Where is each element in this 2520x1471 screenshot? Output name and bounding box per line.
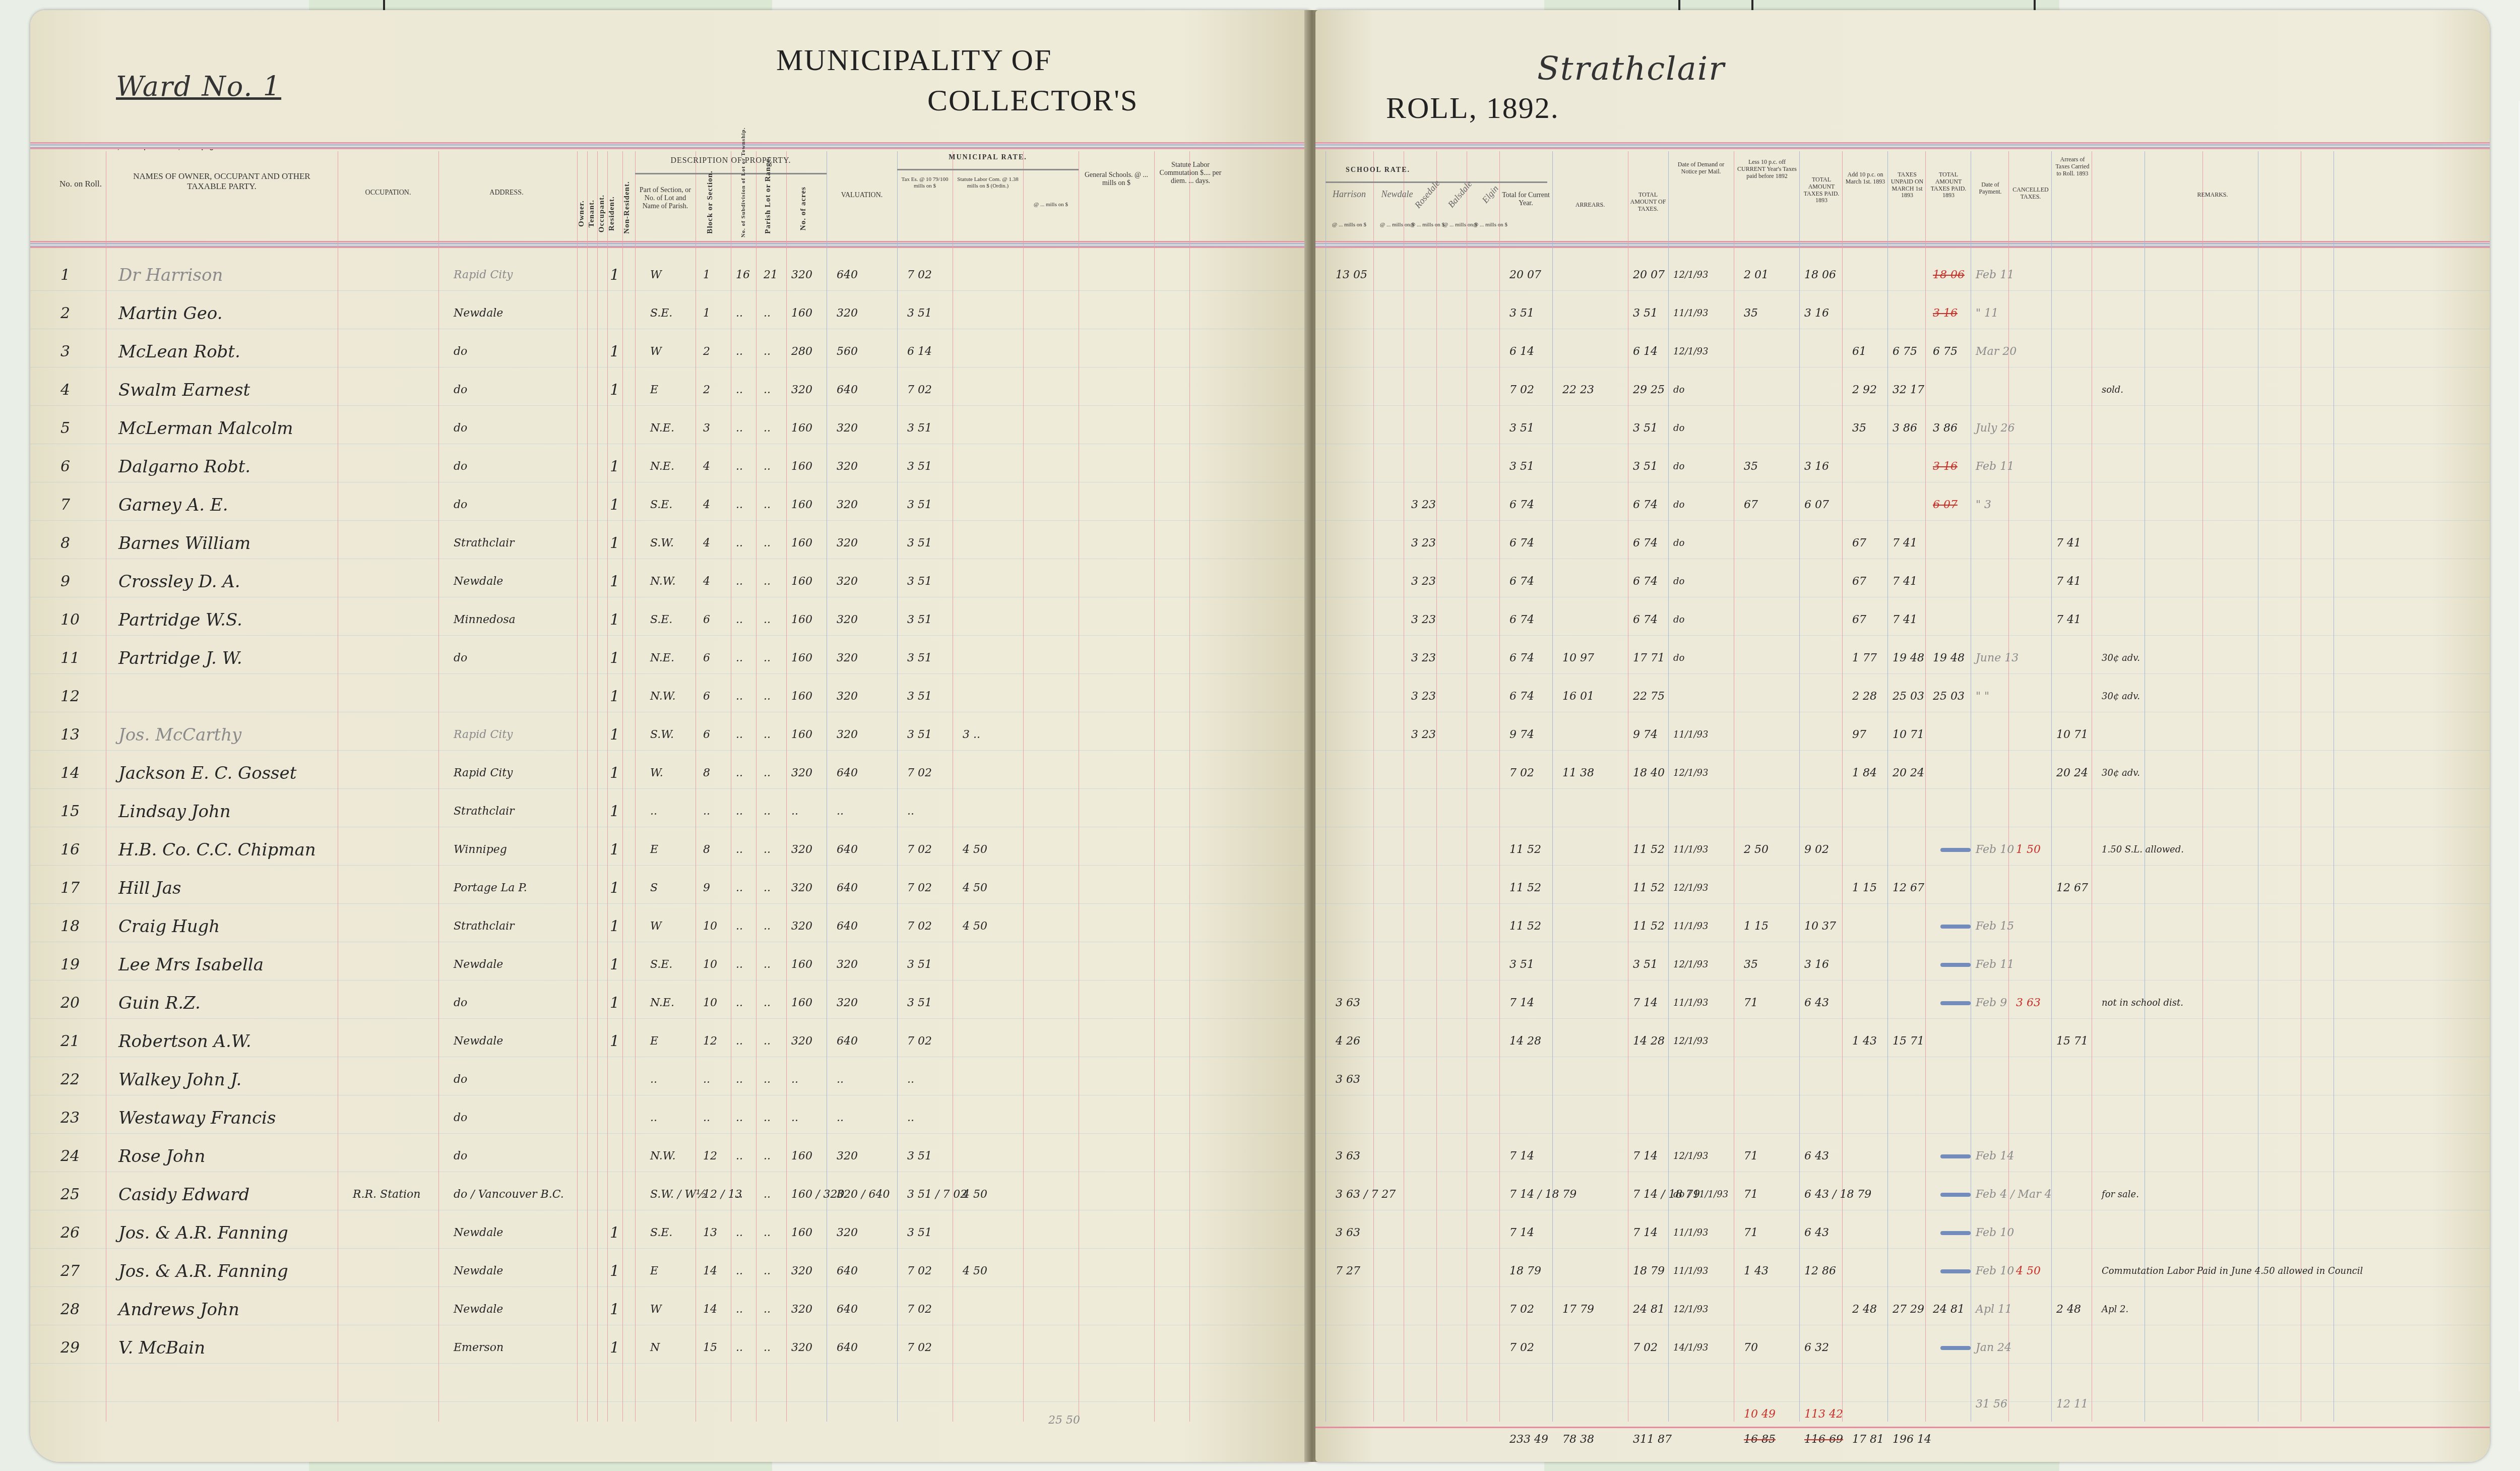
table-row[interactable]: 22Walkey John J.do.............. bbox=[30, 1061, 1310, 1099]
add-10pc: 2 92 bbox=[1852, 371, 1877, 409]
resident-tick: 1 bbox=[610, 716, 619, 754]
title-roll-year: ROLL, 1892. bbox=[1386, 91, 1559, 126]
municipal-tax: 3 51 bbox=[907, 409, 932, 448]
address: Newdale bbox=[454, 1252, 503, 1291]
school-rate: 3 63 bbox=[1336, 1061, 1360, 1099]
header-tenant: Tenant. bbox=[588, 194, 596, 234]
table-row[interactable]: 19Lee Mrs IsabellaNewdale1S.E.10....1603… bbox=[30, 946, 1310, 984]
table-row[interactable]: 3 236 746 74do677 417 41 bbox=[1315, 601, 2490, 639]
acres: 320 bbox=[791, 256, 812, 294]
address: do bbox=[454, 448, 467, 486]
add-10pc: 61 bbox=[1852, 333, 1866, 371]
school-rate: 3 23 bbox=[1411, 601, 1436, 639]
subdivision: .. bbox=[736, 1022, 743, 1061]
school-rate: 7 27 bbox=[1336, 1252, 1360, 1291]
parish-lot: .. bbox=[764, 1291, 771, 1329]
header-total-paid: TOTAL AMOUNT TAXES PAID. 1893 bbox=[1802, 176, 1841, 204]
address: Minnedosa bbox=[454, 601, 516, 639]
roll-number: 13 bbox=[60, 716, 80, 754]
resident-tick: 1 bbox=[610, 792, 619, 831]
ledger-book: Ward No. 1 MUNICIPALITY OF COLLECTOR'S R… bbox=[20, 10, 2480, 1462]
table-row[interactable]: 3 513 5111/1/93353 163 16" 11 bbox=[1315, 294, 2490, 333]
block-section: 6 bbox=[703, 678, 710, 716]
address: Rapid City bbox=[454, 754, 513, 792]
part-of-section: N.E. bbox=[650, 984, 674, 1022]
total-current-year: 7 14 bbox=[1509, 1214, 1534, 1252]
taxpayer-name: Jos. & A.R. Fanning bbox=[118, 1252, 288, 1291]
roll-number: 5 bbox=[60, 409, 70, 448]
total-amount-sum: 311 87 bbox=[1633, 1421, 1672, 1459]
address: do bbox=[454, 486, 467, 524]
table-row[interactable]: 11 5211 5211/1/932 509 02Feb 101 501.50 … bbox=[1315, 831, 2490, 869]
discount-10pc: 71 bbox=[1744, 1176, 1758, 1214]
add-10pc: 2 48 bbox=[1852, 1291, 1877, 1329]
table-row[interactable]: 7 0217 7924 8112/1/932 4827 2924 81Apl 1… bbox=[1315, 1291, 2490, 1329]
taxpayer-name: McLerman Malcolm bbox=[118, 409, 293, 448]
total-amount: 18 40 bbox=[1633, 754, 1665, 792]
parish-lot: .. bbox=[764, 639, 771, 678]
total-current-year: 6 74 bbox=[1509, 601, 1534, 639]
table-row[interactable]: 17Hill JasPortage La P.1S9....3206407 02… bbox=[30, 869, 1310, 907]
total-paid: 3 16 bbox=[1804, 294, 1829, 333]
acres: 160 bbox=[791, 639, 812, 678]
table-row[interactable]: 28Andrews JohnNewdale1W14....3206407 02 bbox=[30, 1291, 1310, 1329]
date-of-payment: " 3 bbox=[1976, 486, 1991, 524]
date-of-demand: 12/1/93 bbox=[1673, 1022, 1708, 1061]
resident-tick: 1 bbox=[610, 1291, 619, 1329]
table-row[interactable]: 3 239 749 7411/1/939710 7110 71 bbox=[1315, 716, 2490, 754]
arrears-carried: 7 41 bbox=[2056, 563, 2081, 601]
blue-dash-mark bbox=[1940, 963, 1971, 967]
table-row[interactable]: 3 63 bbox=[1315, 1061, 2490, 1099]
header-school-rate-sub: @ ... mills on $ bbox=[1327, 222, 1372, 228]
table-row[interactable]: 3 236 746 74do676 076 07" 3 bbox=[1315, 486, 2490, 524]
table-row[interactable]: 26Jos. & A.R. FanningNewdale1S.E.13....1… bbox=[30, 1214, 1310, 1252]
address: do bbox=[454, 1061, 467, 1099]
roll-number: 21 bbox=[60, 1022, 80, 1061]
taxes-unpaid: 3 86 bbox=[1893, 409, 1917, 448]
header-total-amount: TOTAL AMOUNT OF TAXES. bbox=[1629, 192, 1667, 212]
table-row[interactable]: 11 5211 5212/1/931 1512 6712 67 bbox=[1315, 869, 2490, 907]
date-of-payment: Feb 14 bbox=[1976, 1137, 2014, 1176]
part-of-section: N.E. bbox=[650, 639, 674, 678]
block-section: 4 bbox=[703, 486, 710, 524]
total-amount: 14 28 bbox=[1633, 1022, 1665, 1061]
header-statute-labor: Statute Labor Commutation $.... per diem… bbox=[1155, 161, 1226, 186]
date-of-payment: " " bbox=[1976, 678, 1989, 716]
taxpayer-name: Swalm Earnest bbox=[118, 371, 250, 409]
valuation: 320 bbox=[837, 563, 858, 601]
block-section: 4 bbox=[703, 448, 710, 486]
total-current-year-sum: 233 49 bbox=[1509, 1421, 1548, 1459]
block-section: 6 bbox=[703, 601, 710, 639]
municipal-tax: 3 51 bbox=[907, 563, 932, 601]
table-row[interactable]: 3 513 51do353 163 16Feb 11 bbox=[1315, 448, 2490, 486]
block-section: .. bbox=[703, 792, 710, 831]
roll-number: 6 bbox=[60, 448, 70, 486]
taxpayer-name: V. McBain bbox=[118, 1329, 205, 1367]
table-row[interactable]: 3 236 746 74do677 417 41 bbox=[1315, 524, 2490, 563]
header-subdivision: No. of Subdivision of Lot or Township. bbox=[740, 182, 747, 237]
block-section: 13 bbox=[703, 1214, 717, 1252]
remarks: 30¢ adv. bbox=[2102, 754, 2140, 792]
date-of-demand: 11/1/93 bbox=[1673, 831, 1708, 869]
table-row[interactable]: 9Crossley D. A.Newdale1N.W.4....1603203 … bbox=[30, 563, 1310, 601]
address: do bbox=[454, 409, 467, 448]
table-row[interactable]: 3 236 746 74do677 417 41 bbox=[1315, 563, 2490, 601]
valuation: 640 bbox=[837, 256, 858, 294]
date-of-payment: June 13 bbox=[1976, 639, 2019, 678]
block-section: .. bbox=[703, 1061, 710, 1099]
date-of-demand: do bbox=[1673, 601, 1684, 639]
header-municipal-group: MUNICIPAL RATE. bbox=[897, 154, 1079, 162]
header-names: NAMES OF OWNER, OCCUPANT AND OTHER TAXAB… bbox=[116, 171, 328, 191]
part-of-section: W bbox=[650, 1291, 662, 1329]
acres: 320 bbox=[791, 869, 812, 907]
roll-number: 27 bbox=[60, 1252, 80, 1291]
date-of-demand: 11/1/93 bbox=[1673, 294, 1708, 333]
roll-number: 22 bbox=[60, 1061, 80, 1099]
acres: 160 bbox=[791, 448, 812, 486]
blue-dash-mark bbox=[1940, 1346, 1971, 1350]
table-row[interactable]: 7 0222 2329 25do2 9232 17sold. bbox=[1315, 371, 2490, 409]
acres: 160 bbox=[791, 601, 812, 639]
table-row[interactable]: 20Guin R.Z.do1N.E.10....1603203 51 bbox=[30, 984, 1310, 1022]
address: Portage La P. bbox=[454, 869, 527, 907]
table-row[interactable]: 7Garney A. E.do1S.E.4....1603203 51 bbox=[30, 486, 1310, 524]
remarks: not in school dist. bbox=[2102, 984, 2183, 1022]
roll-number: 20 bbox=[60, 984, 80, 1022]
subdivision: .. bbox=[736, 907, 743, 946]
parish-lot: .. bbox=[764, 1061, 771, 1099]
acres: 320 bbox=[791, 371, 812, 409]
roll-number: 29 bbox=[60, 1329, 80, 1367]
table-row[interactable]: 4 2614 2814 2812/1/931 4315 7115 71 bbox=[1315, 1022, 2490, 1061]
acres: .. bbox=[791, 1061, 798, 1099]
taxes-unpaid: 19 48 bbox=[1893, 639, 1924, 678]
row-rule bbox=[30, 1401, 1310, 1402]
table-row[interactable] bbox=[1315, 792, 2490, 831]
date-of-payment: Mar 20 bbox=[1976, 333, 2017, 371]
date-of-demand: 12/1/93 bbox=[1673, 256, 1708, 294]
arrears-carried: 20 24 bbox=[2056, 754, 2088, 792]
total-amount: 7 14 bbox=[1633, 1214, 1658, 1252]
taxpayer-name: Lindsay John bbox=[118, 792, 231, 831]
table-row[interactable]: 13Jos. McCarthyRapid City1S.W.6....16032… bbox=[30, 716, 1310, 754]
subdivision: .. bbox=[736, 1061, 743, 1099]
valuation: 320 bbox=[837, 409, 858, 448]
school-rate: 3 23 bbox=[1411, 639, 1436, 678]
table-row[interactable]: 24Rose JohndoN.W.12....1603203 51 bbox=[30, 1137, 1310, 1176]
resident-tick: 1 bbox=[610, 907, 619, 946]
municipality-name: Strathclair bbox=[1537, 50, 1725, 88]
table-row[interactable]: 23Westaway Francisdo.............. bbox=[30, 1099, 1310, 1137]
date-of-demand: do bbox=[1673, 639, 1684, 678]
discount-10pc: 35 bbox=[1744, 448, 1758, 486]
address: Winnipeg bbox=[454, 831, 507, 869]
header-less-10pc: Less 10 p.c. off CURRENT Year's Taxes pa… bbox=[1736, 159, 1798, 179]
subdivision: .. bbox=[736, 563, 743, 601]
taxes-unpaid: 32 17 bbox=[1893, 371, 1924, 409]
date-of-payment: Jan 24 bbox=[1976, 1329, 2011, 1367]
parish-lot: 21 bbox=[764, 256, 778, 294]
parish-lot: .. bbox=[764, 1099, 771, 1137]
part-of-section: S.E. bbox=[650, 1214, 672, 1252]
parish-lot: .. bbox=[764, 1022, 771, 1061]
total-paid: 6 07 bbox=[1804, 486, 1829, 524]
total-paid: 3 16 bbox=[1804, 946, 1829, 984]
header-owner: Owner. bbox=[578, 194, 586, 234]
resident-tick: 1 bbox=[610, 639, 619, 678]
discount-10pc: 71 bbox=[1744, 1214, 1758, 1252]
header-top-rule bbox=[1315, 142, 2490, 149]
table-row[interactable]: 1Dr HarrisonRapid City1W116213206407 02 bbox=[30, 256, 1310, 294]
valuation: 640 bbox=[837, 754, 858, 792]
taxes-unpaid: 25 03 bbox=[1893, 678, 1924, 716]
table-row[interactable]: 10Partridge W.S.Minnedosa1S.E.6....16032… bbox=[30, 601, 1310, 639]
taxpayer-name: Crossley D. A. bbox=[118, 563, 240, 601]
table-row[interactable]: 3McLean Robt.do1W2....2805606 14 bbox=[30, 333, 1310, 371]
subdivision: .. bbox=[736, 601, 743, 639]
cancelled-taxes: 3 63 bbox=[2016, 984, 2041, 1022]
valuation: 320 bbox=[837, 524, 858, 563]
title-municipality-of: MUNICIPALITY OF bbox=[776, 43, 1052, 78]
taxes-unpaid: 7 41 bbox=[1893, 601, 1917, 639]
table-row[interactable]: 16H.B. Co. C.C. ChipmanWinnipeg1E8....32… bbox=[30, 831, 1310, 869]
date-of-demand: 11/1/93 bbox=[1673, 984, 1708, 1022]
acres: 280 bbox=[791, 333, 812, 371]
total-amount: 17 71 bbox=[1633, 639, 1665, 678]
valuation: 640 bbox=[837, 1022, 858, 1061]
add-10pc: 2 28 bbox=[1852, 678, 1877, 716]
date-of-demand: do bbox=[1673, 371, 1684, 409]
header-total-current: Total for Current Year. bbox=[1502, 192, 1550, 208]
part-of-section: S.E. bbox=[650, 486, 672, 524]
municipal-tax: 3 51 bbox=[907, 448, 932, 486]
date-of-demand: 12/1/93 bbox=[1673, 333, 1708, 371]
header-occupation: OCCUPATION. bbox=[343, 189, 433, 197]
discount-10pc: 2 50 bbox=[1744, 831, 1769, 869]
table-row[interactable]: 3 637 147 1411/1/93716 43Feb 93 63not in… bbox=[1315, 984, 2490, 1022]
header-resident: Resident. bbox=[608, 194, 616, 234]
table-row[interactable]: 27Jos. & A.R. FanningNewdale1E14....3206… bbox=[30, 1252, 1310, 1291]
add-10pc: 35 bbox=[1852, 409, 1866, 448]
address: Newdale bbox=[454, 1022, 503, 1061]
part-of-section: W bbox=[650, 333, 662, 371]
valuation: 320 bbox=[837, 984, 858, 1022]
taxpayer-name: McLean Robt. bbox=[118, 333, 240, 371]
table-row[interactable]: 7 2718 7918 7911/1/931 4312 86Feb 104 50… bbox=[1315, 1252, 2490, 1291]
table-row[interactable]: 3 63 / 7 277 14 / 18 797 14 / 18 79do / … bbox=[1315, 1176, 2490, 1214]
roll-number: 1 bbox=[60, 256, 70, 294]
header-municipal-sub2: Statute Labor Com. @ 1.38 mills on $ (Or… bbox=[954, 176, 1022, 189]
table-row[interactable]: 25Casidy EdwardR.R. Stationdo / Vancouve… bbox=[30, 1176, 1310, 1214]
address: do bbox=[454, 1137, 467, 1176]
table-row[interactable]: 3 236 7416 0122 752 2825 0325 03" "30¢ a… bbox=[1315, 678, 2490, 716]
date-of-payment: " 11 bbox=[1976, 294, 1998, 333]
header-date-payment: Date of Payment. bbox=[1973, 181, 2007, 196]
table-row[interactable]: 18Craig HughStrathclair1W10....3206407 0… bbox=[30, 907, 1310, 946]
blue-dash-mark bbox=[1940, 848, 1971, 852]
valuation: 320 bbox=[837, 1214, 858, 1252]
block-section: 10 bbox=[703, 946, 717, 984]
resident-tick: 1 bbox=[610, 1022, 619, 1061]
date-of-payment: Feb 9 bbox=[1976, 984, 2007, 1022]
table-row[interactable]: 2Martin Geo.NewdaleS.E.1....1603203 51 bbox=[30, 294, 1310, 333]
acres: 160 bbox=[791, 946, 812, 984]
acres: .. bbox=[791, 1099, 798, 1137]
valuation: 640 bbox=[837, 831, 858, 869]
discount-10pc: 35 bbox=[1744, 294, 1758, 333]
part-of-section: S.E. bbox=[650, 294, 672, 333]
municipal-tax: 3 51 bbox=[907, 984, 932, 1022]
resident-tick: 1 bbox=[610, 984, 619, 1022]
part-of-section: E bbox=[650, 1252, 658, 1291]
date-of-demand: do bbox=[1673, 524, 1684, 563]
roll-number: 17 bbox=[60, 869, 80, 907]
table-row[interactable]: 6 146 1412/1/93616 756 75Mar 20 bbox=[1315, 333, 2490, 371]
resident-tick: 1 bbox=[610, 371, 619, 409]
date-of-payment: Feb 4 / Mar 4 bbox=[1976, 1176, 2052, 1214]
statute-labor-tax: 4 50 bbox=[963, 907, 987, 946]
total-paid: 6 43 / 18 79 bbox=[1804, 1176, 1871, 1214]
part-of-section: S.W. bbox=[650, 524, 674, 563]
block-section: 8 bbox=[703, 754, 710, 792]
table-row[interactable]: 15Lindsay JohnStrathclair1.............. bbox=[30, 792, 1310, 831]
valuation: 640 bbox=[837, 869, 858, 907]
header-unpaid-march: TAXES UNPAID ON MARCH 1st 1893 bbox=[1890, 171, 1924, 199]
subdivision: .. bbox=[736, 1214, 743, 1252]
total-amount: 6 74 bbox=[1633, 524, 1658, 563]
taxes-unpaid: 10 71 bbox=[1893, 716, 1924, 754]
total-paid: 6 32 bbox=[1804, 1329, 1829, 1367]
valuation: 320 / 640 bbox=[837, 1176, 890, 1214]
part-of-section: S.W. bbox=[650, 716, 674, 754]
roll-number: 7 bbox=[60, 486, 70, 524]
valuation: 640 bbox=[837, 907, 858, 946]
school-rate: 3 23 bbox=[1411, 563, 1436, 601]
table-row[interactable]: 3 513 51do353 863 86July 26 bbox=[1315, 409, 2490, 448]
total-current-year: 7 02 bbox=[1509, 371, 1534, 409]
subdivision: .. bbox=[736, 371, 743, 409]
municipal-tax: 3 51 bbox=[907, 716, 932, 754]
block-section: 6 bbox=[703, 639, 710, 678]
valuation: 640 bbox=[837, 1329, 858, 1367]
table-row[interactable]: 11Partridge J. W.do1N.E.6....1603203 51 bbox=[30, 639, 1310, 678]
part-of-section: W bbox=[650, 907, 662, 946]
remarks: for sale. bbox=[2102, 1176, 2139, 1214]
header-school-rate-sub: @ ... mills on $ bbox=[1468, 222, 1513, 228]
cancelled-taxes: 1 50 bbox=[2016, 831, 2041, 869]
address: Newdale bbox=[454, 1214, 503, 1252]
total-paid: 6 43 bbox=[1804, 1214, 1829, 1252]
date-of-demand: 11/1/93 bbox=[1673, 907, 1708, 946]
taxpayer-name: H.B. Co. C.C. Chipman bbox=[118, 831, 316, 869]
parish-lot: .. bbox=[764, 1137, 771, 1176]
table-row[interactable]: 14Jackson E. C. GossetRapid City1W.8....… bbox=[30, 754, 1310, 792]
valuation: .. bbox=[837, 792, 844, 831]
arrears-carried: 12 67 bbox=[2056, 869, 2088, 907]
taxpayer-name: Dr Harrison bbox=[118, 256, 223, 294]
table-row[interactable]: 8Barnes WilliamStrathclair1S.W.4....1603… bbox=[30, 524, 1310, 563]
header-date-demand: Date of Demand or Notice per Mail. bbox=[1670, 161, 1732, 175]
total-amount: 3 51 bbox=[1633, 409, 1658, 448]
table-row[interactable]: 4Swalm Earnestdo1E2....3206407 02 bbox=[30, 371, 1310, 409]
acres: 160 bbox=[791, 1137, 812, 1176]
total-current-year: 7 14 bbox=[1509, 1137, 1534, 1176]
table-row[interactable]: 3 513 5112/1/93353 16Feb 11 bbox=[1315, 946, 2490, 984]
table-row[interactable]: 3 637 147 1412/1/93716 43Feb 14 bbox=[1315, 1137, 2490, 1176]
table-row[interactable]: 6Dalgarno Robt.do1N.E.4....1603203 51 bbox=[30, 448, 1310, 486]
statute-labor-tax: 4 50 bbox=[963, 1252, 987, 1291]
block-section: 14 bbox=[703, 1291, 717, 1329]
table-row[interactable]: 7 0211 3818 4012/1/931 8420 2420 2430¢ a… bbox=[1315, 754, 2490, 792]
parish-lot: .. bbox=[764, 869, 771, 907]
header-school-district: Newdale bbox=[1374, 189, 1420, 200]
table-row[interactable]: 121N.W.6....1603203 51 bbox=[30, 678, 1310, 716]
acres: 320 bbox=[791, 907, 812, 946]
roll-number: 12 bbox=[60, 678, 80, 716]
total-amount: 7 02 bbox=[1633, 1329, 1658, 1367]
taxes-unpaid: 7 41 bbox=[1893, 524, 1917, 563]
part-of-section: N.W. bbox=[650, 678, 676, 716]
table-row[interactable]: 3 236 7410 9717 71do1 7719 4819 48June 1… bbox=[1315, 639, 2490, 678]
subdivision: .. bbox=[736, 831, 743, 869]
total-paid: 6 43 bbox=[1804, 1137, 1829, 1176]
add-10pc: 1 77 bbox=[1852, 639, 1877, 678]
municipal-tax: 3 51 bbox=[907, 486, 932, 524]
date-of-demand: 12/1/93 bbox=[1673, 869, 1708, 907]
paid-sum: 116 69 bbox=[1804, 1421, 1843, 1459]
table-row[interactable]: 11 5211 5211/1/931 1510 37Feb 15 bbox=[1315, 907, 2490, 946]
table-row[interactable]: 7 027 0214/1/93706 32Jan 24 bbox=[1315, 1329, 2490, 1367]
subdivision: .. bbox=[736, 1329, 743, 1367]
table-row[interactable]: 29V. McBainEmerson1N15....3206407 02 bbox=[30, 1329, 1310, 1367]
block-section: 2 bbox=[703, 333, 710, 371]
parish-lot: .. bbox=[764, 294, 771, 333]
block-section: 10 bbox=[703, 984, 717, 1022]
table-row[interactable]: 3 637 147 1411/1/93716 43Feb 10 bbox=[1315, 1214, 2490, 1252]
table-row[interactable]: 5McLerman MalcolmdoN.E.3....1603203 51 bbox=[30, 409, 1310, 448]
header-non-resident: Non-Resident. bbox=[623, 194, 632, 234]
total-paid-2: 6 75 bbox=[1933, 333, 1958, 371]
part-of-section: N.W. bbox=[650, 563, 676, 601]
subdivision: .. bbox=[736, 1137, 743, 1176]
address: do bbox=[454, 984, 467, 1022]
date-of-demand: do bbox=[1673, 486, 1684, 524]
blue-dash-mark bbox=[1940, 1231, 1971, 1235]
total-current-year: 20 07 bbox=[1509, 256, 1541, 294]
date-of-payment: Feb 10 bbox=[1976, 1252, 2014, 1291]
parish-lot: .. bbox=[764, 907, 771, 946]
date-of-payment: Feb 10 bbox=[1976, 831, 2014, 869]
remarks: 1.50 S.L. allowed. bbox=[2102, 831, 2184, 869]
municipal-tax: .. bbox=[907, 1061, 914, 1099]
table-row[interactable]: 21Robertson A.W.Newdale1E12....3206407 0… bbox=[30, 1022, 1310, 1061]
parish-lot: .. bbox=[764, 524, 771, 563]
valuation: 320 bbox=[837, 601, 858, 639]
address: Newdale bbox=[454, 294, 503, 333]
table-row[interactable]: 13 0520 0720 0712/1/932 0118 0618 06Feb … bbox=[1315, 256, 2490, 294]
resident-tick: 1 bbox=[610, 256, 619, 294]
arrears-carried: 2 48 bbox=[2056, 1291, 2081, 1329]
header-arrears: ARREARS. bbox=[1555, 202, 1625, 209]
taxpayer-name: Jos. McCarthy bbox=[118, 716, 241, 754]
taxes-unpaid: 12 67 bbox=[1893, 869, 1924, 907]
total-amount: 3 51 bbox=[1633, 294, 1658, 333]
remarks: 30¢ adv. bbox=[2102, 639, 2140, 678]
table-row[interactable] bbox=[1315, 1099, 2490, 1137]
